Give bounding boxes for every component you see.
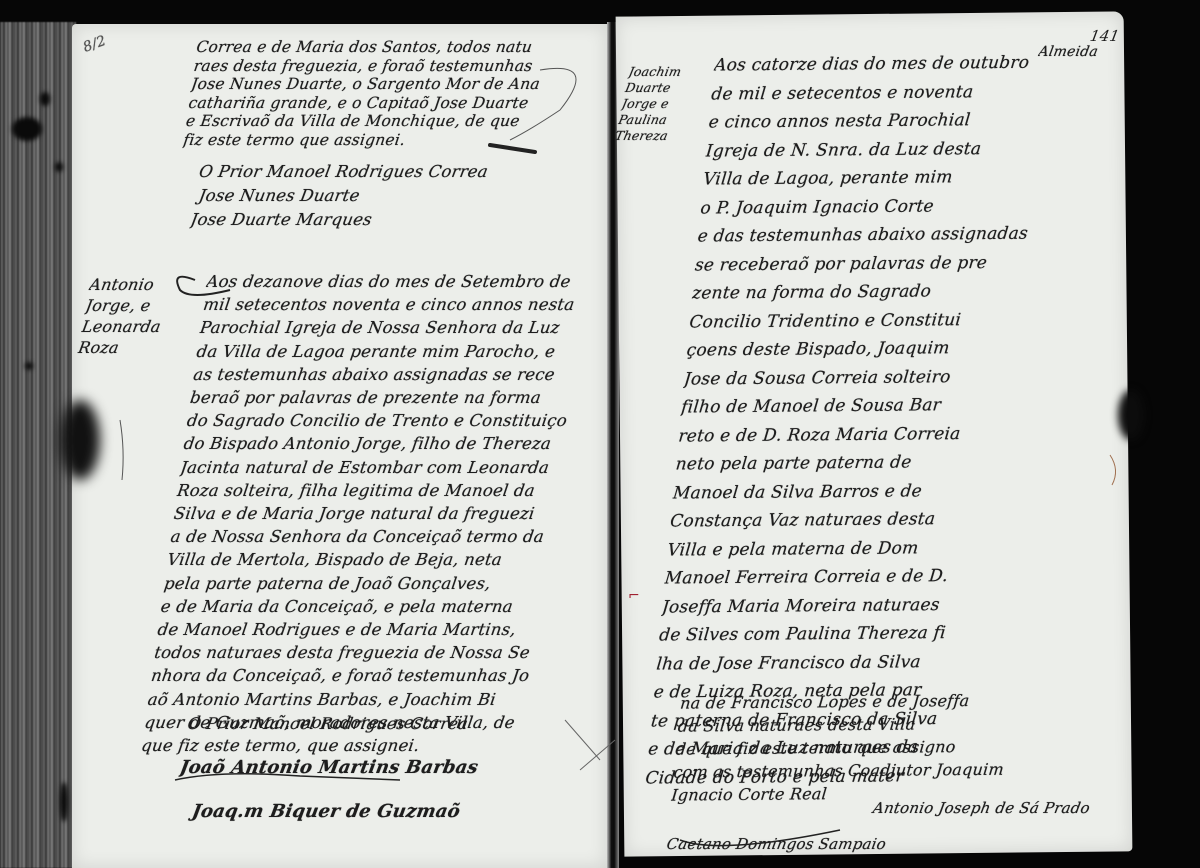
text-line: çoens deste Bispado, Joaquim [685,333,1038,365]
left-top-entry-continuation: Correa e de Maria dos Santos, todos natu… [182,38,558,149]
text-line: Concilio Tridentino e Constitui [688,305,1041,337]
text-line: Jose Nunes Duarte, o Sargento Mor de Ana [190,75,553,94]
signature: Jose Duarte Marques [189,208,523,232]
text-line: de Manoel Rodrigues e de Maria Martins, [156,618,539,641]
text-line: Manoel da Silva Barros e de [672,476,1025,508]
text-line: Roza solteira, filha legitima de Manoel … [176,479,559,502]
signature: Jose Nunes Duarte [193,184,527,208]
text-line: com as testemunhas Coadjutor Joaquim [673,757,1036,783]
text-line: e Escrivaõ da Villa de Monchique, de que [185,112,548,131]
signature: Antonio Joseph de Sá Prado [670,790,1126,826]
text-line: Joseffa Maria Moreira naturaes [661,590,1014,622]
text-line: Villa de Lagoa, perante mim [702,162,1055,194]
text-line: zente na forma do Sagrado [691,276,1044,308]
text-line: mil setecentos noventa e cinco annos nes… [202,293,585,316]
left-margin-names: Antonio Jorge, e Leonarda Roza [77,274,172,358]
text-line: cathariña grande, e o Capitaõ Jose Duart… [187,94,550,113]
text-line: lha de Jose Francisco da Silva [655,647,1008,679]
text-line: fiz este termo que assignei. [182,131,545,150]
text-line: o P. Joaquim Ignacio Corte [699,191,1052,223]
text-line: Villa e pela materna de Dom [666,533,1019,565]
text-line: de Silves com Paulina Thereza fi [658,618,1011,650]
signature: O Prior Manoel Rodrigues Correa [184,702,552,746]
signature: Caetano Domingos Sampaio [664,826,1120,862]
text-line: beraõ por palavras de prezente na forma [189,386,572,409]
text-line: de que fiz este termo que assigno [675,734,1038,760]
text-line: de mil e setecentos e noventa [710,77,1063,109]
text-line: Correa e de Maria dos Santos, todos natu [195,38,558,57]
text-line: do Bispado Antonio Jorge, filho de There… [182,432,565,455]
left-top-signatures: O Prior Manoel Rodrigues Correa Jose Nun… [189,160,532,232]
text-line: Constança Vaz naturaes desta [669,504,1022,536]
text-line: nhora da Conceiçaõ, e foraõ testemunhas … [150,664,533,687]
text-line: Aos catorze dias do mes de outubro [713,48,1066,80]
text-line: Aos dezanove dias do mes de Setembro de [205,270,588,293]
ink-blot [60,400,100,480]
text-line: Silva e de Maria Jorge natural da fregue… [172,502,555,525]
text-line: Villa de Mertola, Bispado de Beja, neta [166,548,549,571]
text-line: reto e de D. Roza Maria Correia [677,419,1030,451]
text-line: a de Nossa Senhora da Conceiçaõ termo da [169,525,552,548]
signature: Joaõ Antonio Martins Barbas [176,746,544,790]
text-line: e de Maria da Conceiçaõ, e pela materna [159,595,542,618]
manuscript-scan: 8/2 Correa e de Maria dos Santos, todos … [0,0,1200,868]
red-pencil-mark: ⌐ [628,588,640,604]
ink-blot [1118,390,1144,440]
text-line: filho de Manoel de Sousa Bar [680,390,1033,422]
text-line: Parochial Igreja de Nossa Senhora da Luz [198,316,581,339]
folio-number: 141 [1040,28,1135,44]
text-line: Igreja de N. Snra. da Luz desta [705,134,1058,166]
text-line: e cinco annos nesta Parochial [707,105,1060,137]
text-line: Jacinta natural de Estombar com Leonarda [179,456,562,479]
text-line: raes desta freguezia, e foraõ testemunha… [193,57,556,76]
right-signatures: Antonio Joseph de Sá Prado Caetano Domin… [664,790,1127,862]
text-line: neto pela parte paterna de [674,447,1027,479]
text-line: da Silva naturaes desta Villa [677,711,1040,737]
left-signatures: O Prior Manoel Rodrigues Correa Joaõ Ant… [168,702,551,834]
text-line: se receberaõ por palavras de pre [694,248,1047,280]
text-line: Jose da Sousa Correia solteiro [683,362,1036,394]
text-line: todos naturaes desta freguezia de Nossa … [153,641,536,664]
text-line: na de Francisco Lopes e de Joseffa [679,688,1042,714]
right-entry-body-end: na de Francisco Lopes e de Joseffa da Si… [670,688,1041,806]
left-entry-body: Aos dezanove dias do mes de Setembro de … [140,270,588,757]
text-line: do Sagrado Concilio de Trento e Constitu… [185,409,568,432]
text-line: as testemunhas abaixo assignadas se rece [192,363,575,386]
signature: Joaq.m Biquer de Guzmaõ [168,790,536,834]
text-line: e das testemunhas abaixo assignadas [696,219,1049,251]
text-line: Manoel Ferreira Correia e de D. [663,561,1016,593]
text-line: da Villa de Lagoa perante mim Parocho, e [195,340,578,363]
signature: O Prior Manoel Rodrigues Correa [197,160,531,184]
right-entry-body: Aos catorze dias do mes de outubro de mi… [644,48,1066,792]
text-line: pela parte paterna de Joaõ Gonçalves, [163,572,546,595]
